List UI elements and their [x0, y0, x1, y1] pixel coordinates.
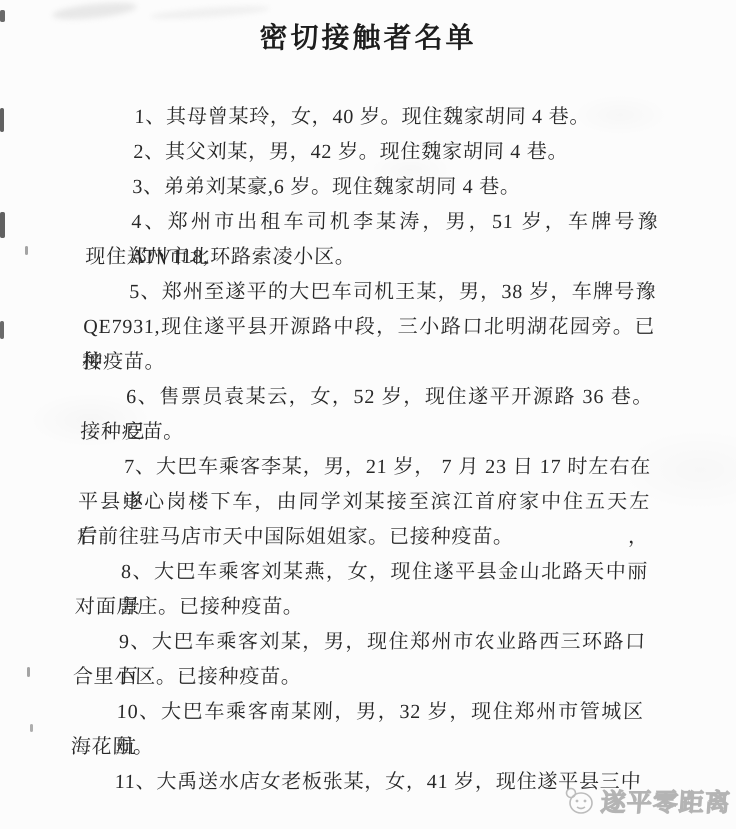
scan-artifact: [0, 108, 4, 132]
watermark-label: 遂平零距离: [600, 783, 733, 819]
scan-artifact: [0, 10, 5, 22]
document-title: 密切接触者名单: [0, 22, 736, 56]
document-line: 5、郑州至遂平的大巴车司机王某，男，38 岁，车牌号豫: [84, 275, 657, 310]
scan-artifact: [150, 4, 270, 21]
document-line: 海花园。: [70, 730, 643, 765]
document-line: 9、大巴车乘客刘某，男，现住郑州市农业路西三环路口百: [73, 625, 646, 660]
scan-artifact: [0, 321, 4, 339]
document-line: 6、售票员袁某云，女，52 岁，现住遂平开源路 36 巷。 已: [81, 380, 654, 415]
document-line: 11、大禹送水店女老板张某，女，41 岁，现住遂平县三中: [69, 765, 642, 800]
document-line: 10、大巴车乘客南某刚，男，32 岁，现住郑州市管城区航: [71, 695, 644, 730]
scan-artifact: [0, 212, 5, 238]
document-body: 1、其母曾某玲，女，40 岁。现住魏家胡同 4 巷。2、其父刘某，男，42 岁。…: [69, 100, 662, 800]
document-line: 2、其父刘某，男，42 岁。现住魏家胡同 4 巷。: [88, 135, 661, 170]
mascot-face-icon: [564, 786, 598, 816]
document-line: 8、大巴车乘客刘某燕，女，现住遂平县金山北路天中丽景: [75, 555, 648, 590]
scanned-document-page: 密切接触者名单 1、其母曾某玲，女，40 岁。现住魏家胡同 4 巷。2、其父刘某…: [0, 0, 736, 829]
document-line: 3、弟弟刘某豪,6 岁。现住魏家胡同 4 巷。: [87, 170, 660, 205]
scan-artifact: [27, 667, 30, 677]
document-line: 7、大巴车乘客李某，男，21 岁， 7 月 23 日 17 时左右在遂: [79, 450, 652, 485]
document-line: 1、其母曾某玲，女，40 岁。现住魏家胡同 4 巷。: [89, 100, 662, 135]
document-line: 接种疫苗。: [80, 415, 653, 450]
document-line: 合里小区。已接种疫苗。: [72, 660, 645, 695]
document-line: 现住郑州市北环路索凌小区。: [85, 240, 658, 275]
document-line: QE7931,现住遂平县开源路中段，三小路口北明湖花园旁。已接: [83, 310, 656, 345]
watermark: 遂平零距离: [564, 783, 731, 819]
document-line: 对面唐庄。已接种疫苗。: [74, 590, 647, 625]
scan-artifact: [52, 0, 138, 22]
scan-artifact: [30, 724, 33, 732]
document-line: 平县中心岗楼下车，由同学刘某接至滨江首府家中住五天左右，: [78, 485, 651, 520]
scan-artifact: [25, 246, 28, 255]
document-line: 4、郑州市出租车司机李某涛，男，51 岁，车牌号豫 ATV118,: [86, 205, 659, 240]
document-line: 种疫苗。: [82, 345, 655, 380]
